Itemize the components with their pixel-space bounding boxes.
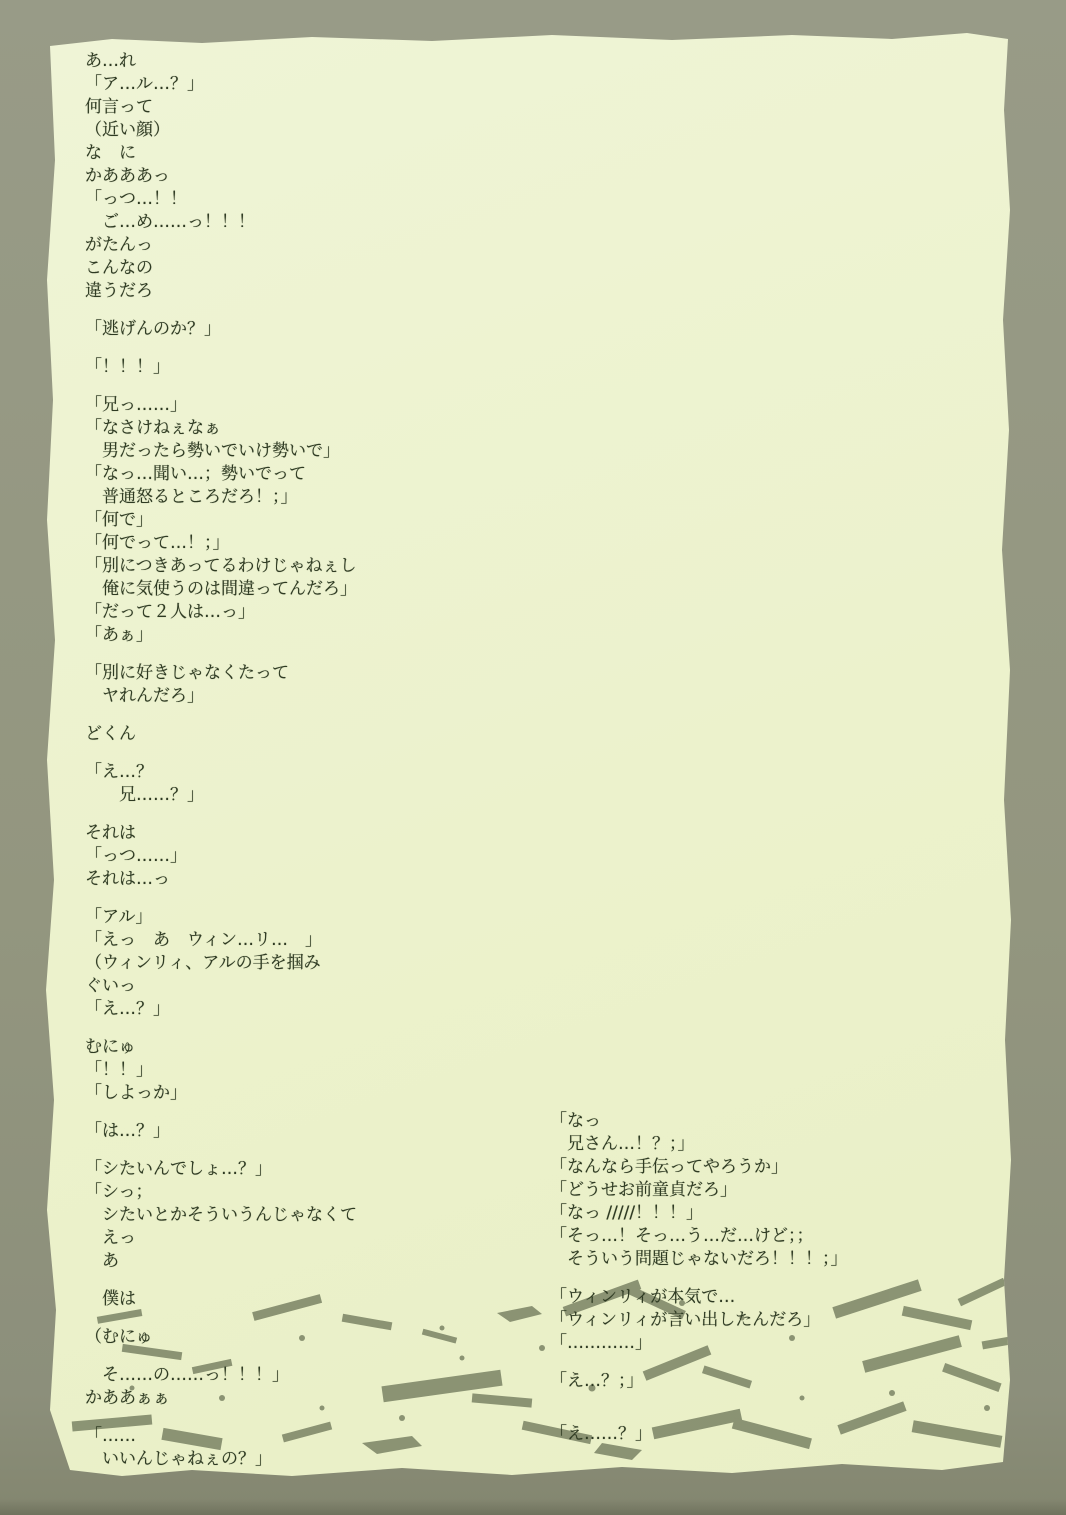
text-line (550, 1355, 848, 1370)
text-line: 「別に好きじゃなくたって (85, 662, 357, 685)
text-line: 「そっ…！そっ…う…だ…けど；； (550, 1225, 848, 1248)
text-line: ヤれんだろ」 (85, 685, 357, 708)
text-line (85, 1273, 357, 1288)
text-line: （むにゅ (85, 1326, 357, 1349)
right-text-column: 「なっ 兄さん…！？；」「なんなら手伝ってやろうか」「どうせお前童貞だろ」「なっ… (550, 1110, 848, 1446)
text-line (85, 746, 357, 761)
text-line (85, 708, 357, 723)
text-line: そ……の……っ！！！」 (85, 1364, 357, 1387)
text-line: 違うだろ (85, 280, 357, 303)
text-line: ご…め……っ！！！ (85, 211, 357, 234)
text-line: それは…っ (85, 868, 357, 891)
text-line: 「なさけねぇなぁ (85, 417, 357, 440)
text-line: 俺に気使うのは間違ってんだろ」 (85, 578, 357, 601)
text-line: 「なんなら手伝ってやろうか」 (550, 1156, 848, 1179)
text-line: 兄……？」 (85, 784, 357, 807)
text-line: あ…れ (85, 50, 357, 73)
text-line (550, 1408, 848, 1423)
text-line: 「えっ あ ウィン…リ… 」 (85, 929, 357, 952)
text-line: 「ア…ル…？」 (85, 73, 357, 96)
text-line: ぐいっ (85, 975, 357, 998)
text-line (85, 1021, 357, 1036)
text-line: 「なっ /////！！！」 (550, 1202, 848, 1225)
text-line: 「は…？」 (85, 1120, 357, 1143)
text-line (85, 1105, 357, 1120)
text-line: 「何で」 (85, 509, 357, 532)
text-line: 兄さん…！？；」 (550, 1133, 848, 1156)
text-line: かああぁぁ (85, 1387, 357, 1410)
text-line: いいんじゃねぇの？」 (85, 1448, 357, 1471)
text-line: 「え…？ (85, 761, 357, 784)
text-line: （ウィンリィ、アルの手を掴み (85, 952, 357, 975)
text-line: どくん (85, 723, 357, 746)
text-line: 男だったら勢いでいけ勢いで」 (85, 440, 357, 463)
text-line: がたんっ (85, 234, 357, 257)
text-line: 「何でって…！；」 (85, 532, 357, 555)
text-line: 「ウィンリィが言い出したんだろ」 (550, 1309, 848, 1332)
text-line: 「だって２人は…っ」 (85, 601, 357, 624)
text-line (85, 303, 357, 318)
text-line: えっ (85, 1227, 357, 1250)
text-line (550, 1393, 848, 1408)
text-line: 普通怒るところだろ！；」 (85, 486, 357, 509)
text-line: それは (85, 822, 357, 845)
text-line: こんなの (85, 257, 357, 280)
text-line: 「っつ……」 (85, 845, 357, 868)
text-line: 「あぁ」 (85, 624, 357, 647)
text-line: 何言って (85, 96, 357, 119)
text-line (85, 807, 357, 822)
text-line: 「兄っ……」 (85, 394, 357, 417)
text-line (85, 647, 357, 662)
text-line: 「なっ…聞い…；勢いでって (85, 463, 357, 486)
text-line: 「え…？；」 (550, 1370, 848, 1393)
text-line: 「え……？」 (550, 1423, 848, 1446)
text-line: 「…………」 (550, 1332, 848, 1355)
text-line: 「どうせお前童貞だろ」 (550, 1179, 848, 1202)
text-line (85, 891, 357, 906)
left-text-column: あ…れ「ア…ル…？」何言って（近い顔）な にかあああっ「っつ…！！ ご…め……っ… (85, 50, 357, 1471)
text-line (85, 1311, 357, 1326)
text-line: 僕は (85, 1288, 357, 1311)
text-line: 「シたいんでしょ…？」 (85, 1158, 357, 1181)
text-line: 「シっ； (85, 1181, 357, 1204)
text-line: あ (85, 1250, 357, 1273)
text-line (550, 1271, 848, 1286)
text-line: 「…… (85, 1425, 357, 1448)
text-line: かあああっ (85, 165, 357, 188)
text-line: むにゅ (85, 1036, 357, 1059)
text-line: 「アル」 (85, 906, 357, 929)
text-line: 「ウィンリィが本気で… (550, 1286, 848, 1309)
text-line: 「っつ…！！ (85, 188, 357, 211)
text-line (85, 1349, 357, 1364)
page-bottom-shade (0, 1499, 1066, 1515)
text-line: 「別につきあってるわけじゃねぇし (85, 555, 357, 578)
text-line: な に (85, 142, 357, 165)
paper-sheet: あ…れ「ア…ル…？」何言って（近い顔）な にかあああっ「っつ…！！ ご…め……っ… (42, 30, 1012, 1478)
text-line: そういう問題じゃないだろ！！！；」 (550, 1248, 848, 1271)
text-line (85, 379, 357, 394)
text-line (85, 341, 357, 356)
text-line: 「！！！」 (85, 356, 357, 379)
text-line (85, 1410, 357, 1425)
text-line: 「逃げんのか？」 (85, 318, 357, 341)
text-line: 「しよっか」 (85, 1082, 357, 1105)
text-line: シたいとかそういうんじゃなくて (85, 1204, 357, 1227)
text-line (85, 1143, 357, 1158)
text-line: （近い顔） (85, 119, 357, 142)
text-line: 「え…？」 (85, 998, 357, 1021)
text-line: 「なっ (550, 1110, 848, 1133)
text-line: 「！！」 (85, 1059, 357, 1082)
